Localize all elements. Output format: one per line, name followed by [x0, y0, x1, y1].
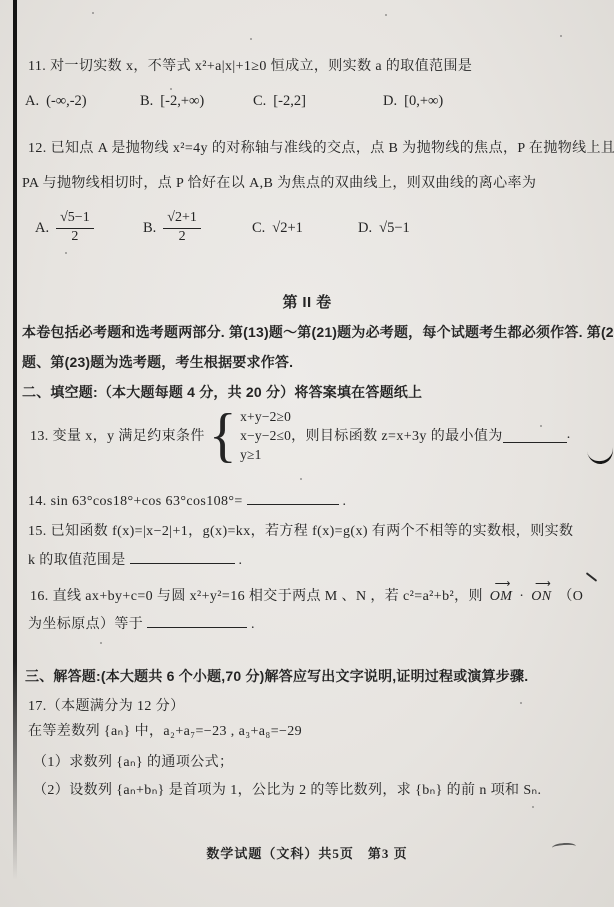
q11-option-c-value: [-2,2]	[273, 93, 306, 109]
q12-option-a-numerator: √5−1	[56, 210, 94, 229]
system-brace: {	[209, 405, 237, 465]
q17-given: 在等差数列 {aₙ} 中，a₂+a₇=−23 , a₃+a₈=−29	[28, 720, 302, 740]
q15-period: .	[239, 553, 243, 568]
q17-part1: （1）求数列 {aₙ} 的通项公式；	[33, 751, 233, 771]
q11-option-d-value: [0,+∞)	[404, 93, 443, 109]
q12-option-b-numerator: √2+1	[163, 210, 201, 229]
vector-arrow-icon: ⟶	[490, 577, 515, 590]
scan-speck	[250, 38, 252, 40]
q12-option-c-value: √2+1	[272, 220, 303, 237]
q11-option-a: A.(-∞,-2)	[25, 93, 87, 110]
q12-option-d-value: √5−1	[379, 220, 410, 237]
q13-constraint-2: x−y−2≤0	[240, 427, 291, 444]
q13-constraint-1: x+y−2≥0	[240, 408, 291, 425]
vector-om: ⟶OM	[490, 589, 513, 605]
pen-mark-tick	[586, 572, 597, 582]
q12-option-a-denominator: 2	[56, 229, 94, 246]
vector-on: ⟶ON	[531, 589, 551, 605]
q11-option-c: C.[-2,2]	[253, 93, 306, 110]
q16-line2-text: 为坐标原点）等于	[28, 617, 143, 632]
solution-section-header: 三、解答题:(本大题共 6 个小题,70 分)解答应写出文字说明,证明过程或演算…	[25, 666, 528, 686]
q13-constraint-3: y≥1	[240, 446, 291, 463]
q15-answer-blank	[130, 549, 235, 564]
q14-row: 14. sin 63°cos18°+cos 63°cos108°= .	[28, 490, 346, 510]
q16-stem-line2: 为坐标原点）等于 .	[28, 613, 255, 633]
q12-option-a-fraction: √5−1 2	[56, 210, 94, 246]
q11-option-d: D.[0,+∞)	[383, 93, 443, 110]
pen-mark-curve	[587, 446, 614, 466]
q16-line1-text: 16. 直线 ax+by+c=0 与圆 x²+y²=16 相交于两点 M 、N …	[30, 589, 483, 604]
q11-option-d-label: D.	[383, 93, 397, 109]
q12-option-b-label: B.	[143, 220, 156, 237]
q13-row: 13. 变量 x，y 满足约束条件 { x+y−2≥0 x−y−2≤0 y≥1 …	[30, 404, 571, 466]
q15-stem-line2: k 的取值范围是 .	[28, 549, 242, 569]
q17-title: 17.（本题满分为 12 分）	[28, 695, 185, 715]
q16-stem-line1: 16. 直线 ax+by+c=0 与圆 x²+y²=16 相交于两点 M 、N …	[30, 585, 583, 605]
q12-option-d-label: D.	[358, 220, 372, 237]
scan-speck	[300, 478, 302, 480]
scan-speck	[100, 642, 102, 644]
q14-expression: 14. sin 63°cos18°+cos 63°cos108°=	[28, 494, 243, 509]
q11-option-a-value: (-∞,-2)	[46, 93, 87, 109]
scan-speck	[385, 14, 387, 16]
q12-option-d: D.√5−1	[358, 205, 410, 251]
q14-answer-blank	[247, 490, 339, 505]
scan-speck	[560, 35, 562, 37]
q12-stem-line2: PA 与抛物线相切时，点 P 恰好在以 A,B 为焦点的双曲线上，则双曲线的离心…	[22, 172, 536, 192]
q12-stem-line1: 12. 已知点 A 是抛物线 x²=4y 的对称轴与准线的交点，点 B 为抛物线…	[28, 137, 614, 157]
section2-title: 第 II 卷	[0, 291, 614, 312]
q12-option-a-label: A.	[35, 220, 49, 237]
q11-option-b-label: B.	[140, 93, 153, 109]
q13-pre-text: 13. 变量 x，y 满足约束条件	[30, 425, 205, 445]
q16-answer-blank	[147, 613, 247, 628]
q12-option-b: B. √2+1 2	[143, 205, 201, 251]
scan-speck	[520, 702, 522, 704]
exam-page: 11. 对一切实数 x，不等式 x²+a|x|+1≥0 恒成立，则实数 a 的取…	[0, 0, 614, 907]
q13-constraint-system: x+y−2≥0 x−y−2≤0 y≥1	[240, 408, 291, 463]
q12-option-b-fraction: √2+1 2	[163, 210, 201, 246]
q14-period: .	[343, 494, 347, 509]
section2-paragraph-line2: 题、第(23)题为选考题，考生根据要求作答.	[22, 352, 293, 372]
q11-option-a-label: A.	[25, 93, 39, 109]
q17-part2: （2）设数列 {aₙ+bₙ} 是首项为 1，公比为 2 的等比数列，求 {bₙ}…	[33, 779, 541, 799]
q12-option-b-denominator: 2	[163, 229, 201, 246]
page-footer: 数学试题（文科）共5页 第3 页	[0, 843, 614, 862]
scan-speck	[92, 12, 94, 14]
scan-speck	[170, 88, 172, 90]
scan-speck	[65, 252, 67, 254]
section2-paragraph-line1: 本卷包括必考题和选考题两部分. 第(13)题～第(21)题为必考题，每个试题考生…	[22, 322, 614, 342]
q12-option-c-label: C.	[252, 220, 265, 237]
q13-answer-blank	[503, 428, 567, 443]
fill-in-section-header: 二、填空题:（本大题每题 4 分，共 20 分）将答案填在答题纸上	[22, 382, 422, 402]
q11-option-c-label: C.	[253, 93, 266, 109]
q16-period: .	[251, 617, 255, 632]
q12-option-a: A. √5−1 2	[35, 205, 94, 251]
q15-line2-text: k 的取值范围是	[28, 553, 126, 568]
q15-stem-line1: 15. 已知函数 f(x)=|x−2|+1，g(x)=kx，若方程 f(x)=g…	[28, 520, 573, 540]
vector-arrow-icon: ⟶	[531, 577, 553, 590]
q16-dot-operator: ·	[519, 589, 524, 604]
q12-option-c: C.√2+1	[252, 205, 303, 251]
q11-stem: 11. 对一切实数 x，不等式 x²+a|x|+1≥0 恒成立，则实数 a 的取…	[28, 55, 472, 75]
q13-post-text: ，则目标函数 z=x+3y 的最小值为	[291, 425, 503, 445]
q13-period: .	[567, 427, 571, 443]
vector-om-label: OM	[490, 589, 513, 604]
q11-option-b: B.[-2,+∞)	[140, 93, 204, 110]
scan-speck	[532, 806, 534, 808]
scan-edge-line	[13, 0, 17, 880]
vector-on-label: ON	[531, 589, 551, 604]
q11-option-b-value: [-2,+∞)	[160, 93, 204, 109]
q16-line1-post: （O	[558, 589, 583, 604]
